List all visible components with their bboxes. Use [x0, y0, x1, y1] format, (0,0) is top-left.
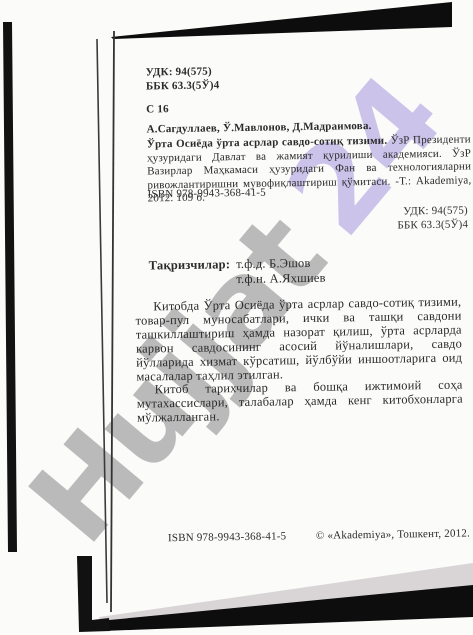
classification-block-top: УДК: 94(575) ББК 63.3(5Ў)4 С 16	[146, 64, 220, 116]
isbn-line-top: ISBN 978-9943-368-41-5	[147, 187, 266, 201]
scanned-book-page: Hujjat24 УДК: 94(575) ББК 63.3(5Ў)4 С 16…	[0, 0, 473, 635]
footer-copyright: © «Akademiya», Тошкент, 2012.	[316, 527, 470, 541]
reviewers-label: Тақризчилар:	[149, 257, 231, 288]
book-code: С 16	[146, 101, 220, 116]
page-content: УДК: 94(575) ББК 63.3(5Ў)4 С 16 А.Сагдул…	[113, 24, 473, 629]
classification-block-right: УДК: 94(575) ББК 63.3(5Ў)4	[316, 203, 468, 233]
reviewers-names: т.ф.д. Б.Эшов т.ф.н. А.Яхшиев	[236, 256, 326, 287]
body-paragraphs: Китобда Ўрта Осиёда ўрта асрлар савдо-со…	[135, 296, 463, 426]
udk-line: УДК: 94(575)	[146, 64, 220, 79]
footer-line: ISBN 978-9943-368-41-5 © «Akademiya», То…	[121, 527, 473, 549]
body-paragraph-1: Китобда Ўрта Осиёда ўрта асрлар савдо-со…	[135, 296, 462, 385]
footer-isbn: ISBN 978-9943-368-41-5	[168, 530, 287, 544]
bbk-line: ББК 63.3(5Ў)4	[146, 78, 220, 93]
bbk-line-right: ББК 63.3(5Ў)4	[316, 217, 468, 233]
authors-line: А.Сагдуллаев, Ў.Мавлонов, Д.Мадраимова.	[146, 120, 371, 136]
reviewer-2: т.ф.н. А.Яхшиев	[236, 271, 326, 287]
reviewers-block: Тақризчилар: т.ф.д. Б.Эшов т.ф.н. А.Яхши…	[149, 256, 326, 289]
cover-corner	[77, 556, 110, 632]
body-paragraph-2: Китоб тарихчилар ва бошқа ижтимоий соҳа …	[137, 379, 464, 426]
reviewer-1: т.ф.д. Б.Эшов	[236, 256, 326, 272]
